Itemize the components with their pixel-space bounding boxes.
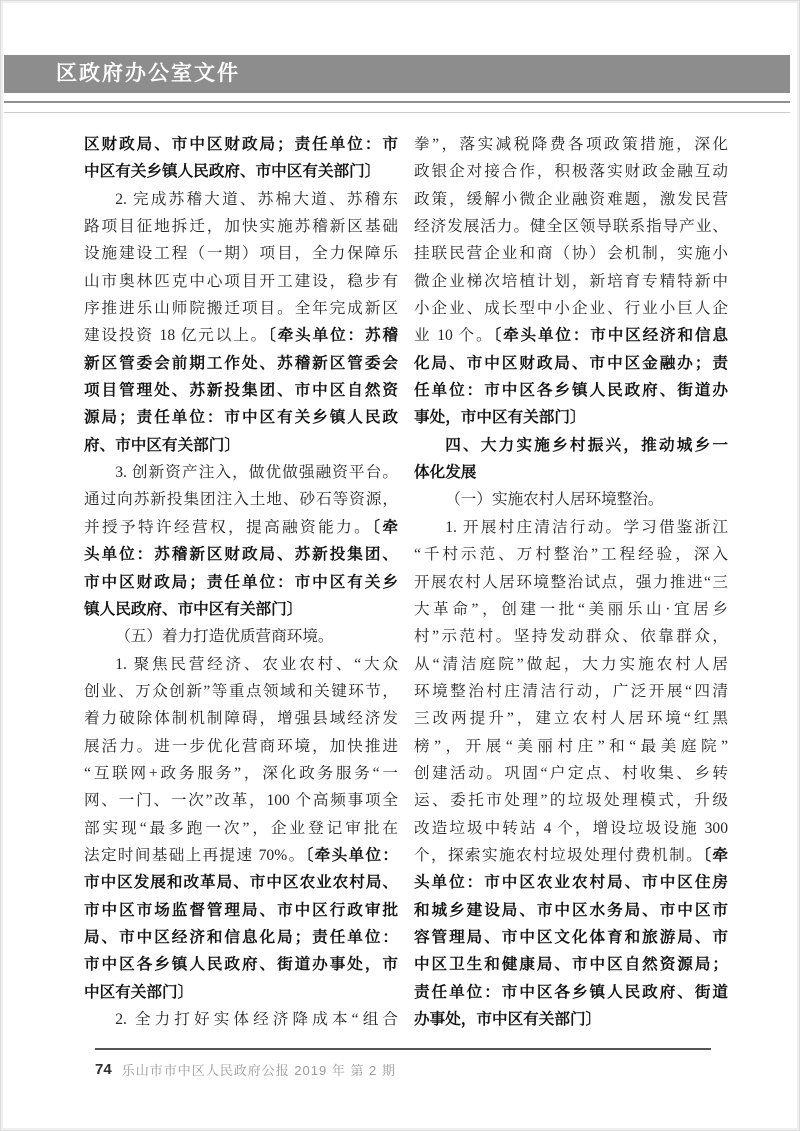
bold-text-segment: 市中区各乡镇人民政府、街道办事处，市 — [84, 956, 398, 973]
bold-text-segment: 〔牵头单位：苏稽 — [268, 327, 398, 344]
text-line: 三改两提升”，建立农村人居环境“红黑 — [414, 705, 728, 732]
text-line: 责任单位：市中区各乡镇人民政府、街道 — [414, 979, 728, 1006]
text-line: 事处，市中区有关部门〕 — [414, 404, 728, 431]
text-line: 市中区财政局；责任单位：市中区有关乡 — [84, 569, 398, 596]
document-body: 区财政局、市中区财政局；责任单位：市中区有关乡镇人民政府、市中区有关部门〕2. … — [84, 131, 728, 1033]
bold-text-segment: 〔牵 — [372, 519, 398, 536]
text-line: 挂联民营企业和商（协）会机制，实施小 — [414, 240, 728, 267]
header-separator — [4, 101, 790, 103]
text-segment: “互联网+政务服务”，深化政务服务“一 — [84, 765, 398, 782]
text-line: “千村示范、万村整治”工程经验，深入 — [414, 541, 728, 568]
text-segment: 部实现“最多跑一次”，企业登记审批在 — [84, 820, 398, 837]
text-segment: 改造垃圾中转站 4 个，增设垃圾设施 300 — [414, 820, 728, 837]
text-line: 山市奥林匹克中心项目开工建设，稳步有 — [84, 268, 398, 295]
text-line: 榜”，开展“美丽村庄”和“最美庭院” — [414, 733, 728, 760]
text-segment: 设施建设工程（一期）项目，全力保障乐 — [84, 245, 398, 262]
text-line: 设施建设工程（一期）项目，全力保障乐 — [84, 240, 398, 267]
text-line: 源局；责任单位：市中区有关乡镇人民政 — [84, 404, 398, 431]
text-line: 并授予特许经营权，提高融资能力。〔牵 — [84, 514, 398, 541]
text-line: 业 10 个。〔牵头单位：市中区经济和信息 — [414, 322, 728, 349]
bold-text-segment: 四、大力实施乡村振兴，推动城乡一 — [445, 437, 728, 454]
text-line: 2. 全力打好实体经济降成本“组合 — [84, 1006, 398, 1033]
text-line: 四、大力实施乡村振兴，推动城乡一 — [414, 432, 728, 459]
text-line: 办事处，市中区有关部门〕 — [414, 1006, 728, 1033]
text-segment: 运、委托市处理”的垃圾处理模式，升级 — [414, 792, 728, 809]
text-line: 市中区市场监督管理局、市中区行政审批 — [84, 897, 398, 924]
page-number: 74 — [95, 1061, 112, 1078]
text-segment: （五）着力打造优质营商环境。 — [115, 628, 333, 645]
header-title: 区政府办公室文件 — [4, 55, 790, 93]
right-column: 拳”，落实减税降费各项政策措施，深化政银企对接合作，积极落实财政金融互动政策，缓… — [414, 131, 728, 1033]
text-line: 法定时间基础上再提速 70%。〔牵头单位： — [84, 842, 398, 869]
bold-text-segment: 责任单位：市中区各乡镇人民政府、街道 — [414, 984, 728, 1001]
bold-text-segment: 局、市中区经济和信息化局；责任单位： — [84, 929, 398, 946]
text-line: 镇人民政府、市中区有关部门〕 — [84, 596, 398, 623]
text-segment: 个，探索实施农村垃圾处理付费机制。 — [414, 847, 703, 864]
text-line: 体化发展 — [414, 459, 728, 486]
text-line: 大革命”，创建一批“美丽乐山·宜居乡 — [414, 596, 728, 623]
text-segment: （一）实施农村人居环境整治。 — [445, 491, 663, 508]
text-line: 化局、市中区财政局、市中区金融办；责 — [414, 350, 728, 377]
text-line: 从“清洁庭院”做起，大力实施农村人居 — [414, 651, 728, 678]
text-segment: 3. 创新资产注入，做优做强融资平台。 — [115, 464, 398, 481]
bold-text-segment: 市中区财政局；责任单位：市中区有关乡 — [84, 574, 398, 591]
text-segment: 创建活动。巩固“户定点、村收集、乡转 — [414, 765, 728, 782]
bold-text-segment: 任单位：市中区各乡镇人民政府、街道办 — [414, 382, 728, 399]
text-segment: 经济发展活力。健全区领导联系指导产业、 — [414, 218, 728, 235]
text-segment: “千村示范、万村整治”工程经验，深入 — [414, 546, 728, 563]
bold-text-segment: 市中区发展和改革局、市中区农业农村局、 — [84, 874, 398, 891]
text-line: 序推进乐山师院搬迁项目。全年完成新区 — [84, 295, 398, 322]
header-separator-light — [4, 112, 790, 113]
bold-text-segment: 源局；责任单位：市中区有关乡镇人民政 — [84, 409, 398, 426]
text-line: 1. 聚焦民营经济、农业农村、“大众 — [84, 651, 398, 678]
text-segment: 通过向苏新投集团注入土地、砂石等资源， — [84, 491, 398, 508]
text-line: 和城乡建设局、市中区水务局、市中区市 — [414, 897, 728, 924]
text-segment: 1. 开展村庄清洁行动。学习借鉴浙江 — [445, 519, 728, 536]
text-segment: 并授予特许经营权，提高融资能力。 — [84, 519, 372, 536]
text-segment: 政银企对接合作，积极落实财政金融互动 — [414, 163, 728, 180]
bold-text-segment: 新区管委会前期工作处、苏稽新区管委会 — [84, 355, 398, 372]
text-line: 建设投资 18 亿元以上。〔牵头单位：苏稽 — [84, 322, 398, 349]
text-line: 头单位：市中区农业农村局、市中区住房 — [414, 869, 728, 896]
text-segment: 序推进乐山师院搬迁项目。全年完成新区 — [84, 300, 398, 317]
text-line: 路项目征地拆迁，加快实施苏稽新区基础 — [84, 213, 398, 240]
bold-text-segment: 〔牵头单位：市中区经济和信息 — [493, 327, 728, 344]
header-band: 区政府办公室文件 — [4, 55, 790, 93]
text-segment: 三改两提升”，建立农村人居环境“红黑 — [414, 710, 728, 727]
text-line: 环境整治村庄清洁行动，广泛开展“四清 — [414, 678, 728, 705]
bold-text-segment: 事处，市中区有关部门〕 — [414, 409, 586, 426]
bold-text-segment: 中区有关乡镇人民政府、市中区有关部门〕 — [84, 163, 380, 180]
text-line: 拳”，落实减税降费各项政策措施，深化 — [414, 131, 728, 158]
text-line: （五）着力打造优质营商环境。 — [84, 623, 398, 650]
text-line: 经济发展活力。健全区领导联系指导产业、 — [414, 213, 728, 240]
text-line: 中区有关乡镇人民政府、市中区有关部门〕 — [84, 158, 398, 185]
text-line: 2. 完成苏稽大道、苏棉大道、苏稽东 — [84, 186, 398, 213]
text-segment: 着力破除体制机制障碍，增强县域经济发 — [84, 710, 398, 727]
text-line: （一）实施农村人居环境整治。 — [414, 486, 728, 513]
text-segment: 展活力。进一步优化营商环境，加快推进 — [84, 738, 398, 755]
text-line: 创建活动。巩固“户定点、村收集、乡转 — [414, 760, 728, 787]
bold-text-segment: 和城乡建设局、市中区水务局、市中区市 — [414, 902, 728, 919]
text-segment: 山市奥林匹克中心项目开工建设，稳步有 — [84, 273, 398, 290]
text-line: 政策，缓解小微企业融资难题，激发民营 — [414, 186, 728, 213]
text-line: 局、市中区经济和信息化局；责任单位： — [84, 924, 398, 951]
text-segment: 2. 完成苏稽大道、苏棉大道、苏稽东 — [115, 191, 398, 208]
footer-rule — [95, 1048, 711, 1050]
text-segment: 拳”，落实减税降费各项政策措施，深化 — [414, 136, 728, 153]
text-line: 部实现“最多跑一次”，企业登记审批在 — [84, 815, 398, 842]
text-line: 着力破除体制机制障碍，增强县域经济发 — [84, 705, 398, 732]
bold-text-segment: 镇人民政府、市中区有关部门〕 — [84, 601, 302, 618]
bold-text-segment: 办事处，市中区有关部门〕 — [414, 1011, 601, 1028]
text-line: 改造垃圾中转站 4 个，增设垃圾设施 300 — [414, 815, 728, 842]
text-line: 微企业梯次培植计划，新培育专精特新中 — [414, 268, 728, 295]
text-line: 创业、万众创新”等重点领域和关键环节， — [84, 678, 398, 705]
text-line: 任单位：市中区各乡镇人民政府、街道办 — [414, 377, 728, 404]
publication-title: 乐山市市中区人民政府公报 2019 年 第 2 期 — [122, 1060, 396, 1079]
left-column: 区财政局、市中区财政局；责任单位：市中区有关乡镇人民政府、市中区有关部门〕2. … — [84, 131, 398, 1033]
text-segment: 榜”，开展“美丽村庄”和“最美庭院” — [414, 738, 728, 755]
text-segment: 创业、万众创新”等重点领域和关键环节， — [84, 683, 398, 700]
footer: 74 乐山市市中区人民政府公报 2019 年 第 2 期 — [95, 1057, 711, 1081]
text-line: 项目管理处、苏新投集团、市中区自然资 — [84, 377, 398, 404]
text-line: 运、委托市处理”的垃圾处理模式，升级 — [414, 787, 728, 814]
text-line: 网、一门、一次”改革，100 个高频事项全 — [84, 787, 398, 814]
text-line: 府、市中区有关部门〕 — [84, 432, 398, 459]
text-line: 政银企对接合作，积极落实财政金融互动 — [414, 158, 728, 185]
text-segment: 环境整治村庄清洁行动，广泛开展“四清 — [414, 683, 728, 700]
bold-text-segment: 容管理局、市中区文化体育和旅游局、市 — [414, 929, 728, 946]
bold-text-segment: 区财政局、市中区财政局；责任单位：市 — [84, 136, 398, 153]
text-line: 区财政局、市中区财政局；责任单位：市 — [84, 131, 398, 158]
text-segment: 政策，缓解小微企业融资难题，激发民营 — [414, 191, 728, 208]
text-segment: 小企业、成长型中小企业、行业小巨人企 — [414, 300, 728, 317]
text-line: 头单位：苏稽新区财政局、苏新投集团、 — [84, 541, 398, 568]
bold-text-segment: 〔牵 — [703, 847, 728, 864]
bold-text-segment: 头单位：苏稽新区财政局、苏新投集团、 — [84, 546, 398, 563]
bold-text-segment: 化局、市中区财政局、市中区金融办；责 — [414, 355, 728, 372]
text-segment: 2. 全力打好实体经济降成本“组合 — [115, 1011, 398, 1028]
text-line: 展活力。进一步优化营商环境，加快推进 — [84, 733, 398, 760]
bold-text-segment: 体化发展 — [414, 464, 476, 481]
bold-text-segment: 头单位：市中区农业农村局、市中区住房 — [414, 874, 728, 891]
text-segment: 业 10 个。 — [414, 327, 493, 344]
text-line: 市中区各乡镇人民政府、街道办事处，市 — [84, 951, 398, 978]
text-line: 中区卫生和健康局、市中区自然资源局； — [414, 951, 728, 978]
text-segment: 建设投资 18 亿元以上。 — [84, 327, 268, 344]
text-segment: 开展农村人居环境整治试点，强力推进“三 — [414, 574, 728, 591]
text-line: 个，探索实施农村垃圾处理付费机制。〔牵 — [414, 842, 728, 869]
text-line: 村”示范村。坚持发动群众、依靠群众， — [414, 623, 728, 650]
text-segment: 法定时间基础上再提速 70%。 — [84, 847, 306, 864]
bold-text-segment: 中区卫生和健康局、市中区自然资源局； — [414, 956, 728, 973]
text-segment: 1. 聚焦民营经济、农业农村、“大众 — [115, 656, 398, 673]
text-line: 3. 创新资产注入，做优做强融资平台。 — [84, 459, 398, 486]
text-segment: 村”示范村。坚持发动群众、依靠群众， — [414, 628, 728, 645]
text-line: 新区管委会前期工作处、苏稽新区管委会 — [84, 350, 398, 377]
text-line: 开展农村人居环境整治试点，强力推进“三 — [414, 569, 728, 596]
bold-text-segment: 项目管理处、苏新投集团、市中区自然资 — [84, 382, 398, 399]
text-segment: 路项目征地拆迁，加快实施苏稽新区基础 — [84, 218, 398, 235]
text-line: 市中区发展和改革局、市中区农业农村局、 — [84, 869, 398, 896]
text-segment: 微企业梯次培植计划，新培育专精特新中 — [414, 273, 728, 290]
text-line: 中区有关部门〕 — [84, 979, 398, 1006]
bold-text-segment: 〔牵头单位： — [306, 847, 398, 864]
text-segment: 从“清洁庭院”做起，大力实施农村人居 — [414, 656, 728, 673]
text-line: 通过向苏新投集团注入土地、砂石等资源， — [84, 486, 398, 513]
bold-text-segment: 府、市中区有关部门〕 — [84, 437, 240, 454]
text-segment: 挂联民营企业和商（协）会机制，实施小 — [414, 245, 728, 262]
text-line: “互联网+政务服务”，深化政务服务“一 — [84, 760, 398, 787]
text-line: 容管理局、市中区文化体育和旅游局、市 — [414, 924, 728, 951]
text-line: 1. 开展村庄清洁行动。学习借鉴浙江 — [414, 514, 728, 541]
text-segment: 网、一门、一次”改革，100 个高频事项全 — [84, 792, 398, 809]
text-line: 小企业、成长型中小企业、行业小巨人企 — [414, 295, 728, 322]
bold-text-segment: 中区有关部门〕 — [84, 984, 193, 1001]
bold-text-segment: 市中区市场监督管理局、市中区行政审批 — [84, 902, 398, 919]
text-segment: 大革命”，创建一批“美丽乐山·宜居乡 — [414, 601, 728, 618]
